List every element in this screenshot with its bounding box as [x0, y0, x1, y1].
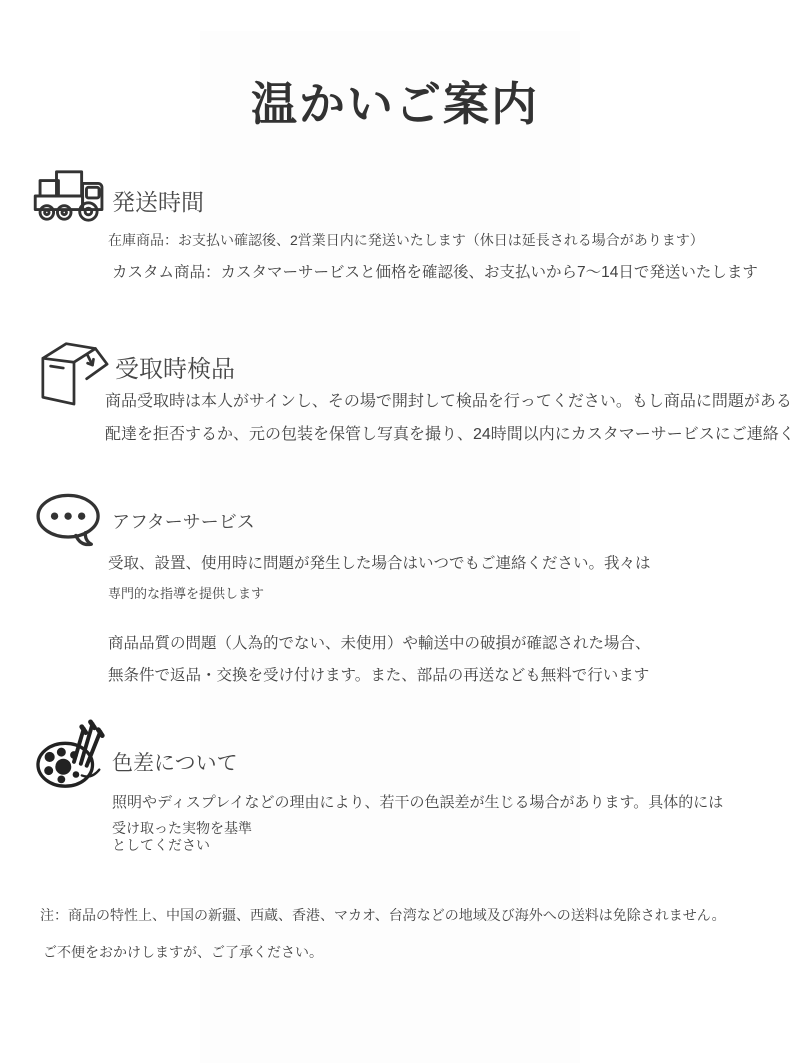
section-heading-after-service: アフターサービス	[112, 508, 255, 534]
after-service-line-3: 商品品質の問題（人為的でない、未使用）や輸送中の破損が確認された場合、	[108, 631, 651, 653]
color-difference-line-3: としてください	[112, 835, 210, 855]
after-service-line-4: 無条件で返品・交換を受け付けます。また、部品の再送なども無料で行います	[108, 663, 649, 685]
open-box-icon	[33, 333, 115, 407]
footer-note-2: ご不便をおかけしますが、ご了承ください。	[43, 942, 323, 962]
after-service-line-1: 受取、設置、使用時に問題が発生した場合はいつでもご連絡ください。我々は	[108, 551, 651, 573]
truck-icon	[30, 167, 112, 225]
inspection-line-1: 商品受取時は本人がサインし、その場で開封して検品を行ってください。もし商品に問題…	[105, 388, 790, 411]
footer-note-1: 注：商品の特性上、中国の新疆、西蔵、香港、マカオ、台湾などの地域及び海外への送料…	[40, 905, 726, 925]
after-service-line-2: 専門的な指導を提供します	[108, 583, 264, 602]
section-heading-inspection: 受取時検品	[115, 349, 235, 384]
color-difference-line-1: 照明やディスプレイなどの理由により、若干の色誤差が生じる場合があります。具体的に…	[112, 791, 723, 812]
shipping-line-1: 在庫商品：お支払い確認後、2営業日内に発送いたします（休日は延長される場合があり…	[108, 230, 704, 250]
shipping-line-2: カスタム商品：カスタマーサービスと価格を確認後、お支払いから7～14日で発送いた…	[112, 260, 758, 282]
notice-page: 温かいご案内 発送時間 在庫商品：お支払い確認後、2営業日内に発送いたします（休…	[0, 0, 790, 1063]
palette-icon	[32, 719, 116, 793]
section-heading-color-difference: 色差について	[112, 747, 238, 777]
section-heading-shipping: 発送時間	[112, 184, 204, 217]
inspection-line-2: 配達を拒否するか、元の包装を保管し写真を撮り、24時間以内にカスタマーサービスに…	[105, 421, 790, 444]
chat-bubble-icon	[32, 491, 110, 551]
page-title: 温かいご案内	[0, 68, 790, 134]
